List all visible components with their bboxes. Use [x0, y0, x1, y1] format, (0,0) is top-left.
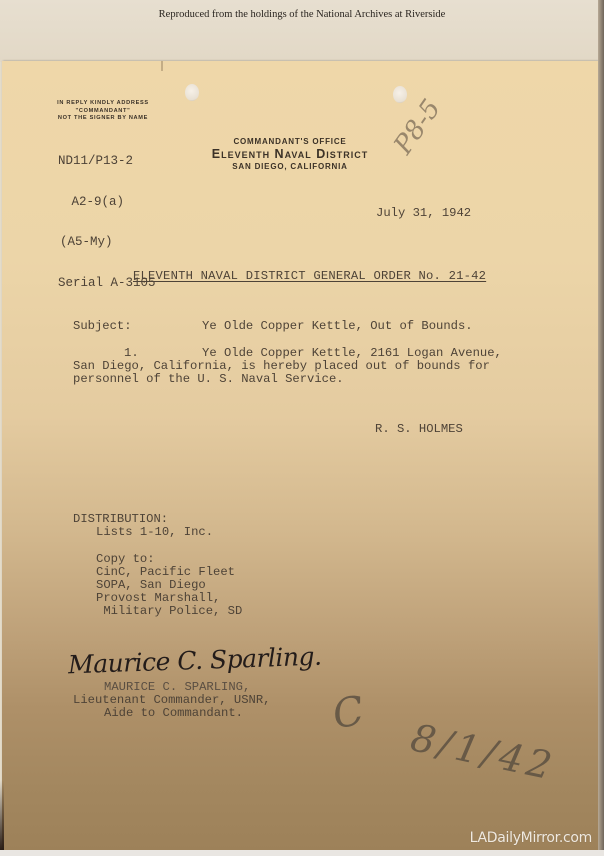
authenticator-name: MAURICE C. SPARLING, — [104, 680, 250, 694]
letterhead-city: SAN DIEGO, CALIFORNIA — [205, 161, 375, 172]
reply-line: NOT THE SIGNER BY NAME — [48, 115, 158, 123]
letterhead-district: Eleventh Naval District — [205, 147, 375, 161]
paragraph-number: 1. — [124, 346, 139, 360]
reference-line: ND11/P13-2 — [58, 155, 156, 169]
authenticator-rank: Lieutenant Commander, USNR, — [73, 693, 270, 707]
copy-to-label: Copy to: — [96, 552, 155, 566]
order-title: ELEVENTH NAVAL DISTRICT GENERAL ORDER No… — [133, 269, 486, 283]
body-line: Ye Olde Copper Kettle, 2161 Logan Avenue… — [202, 346, 502, 360]
copy-recipient: CinC, Pacific Fleet — [96, 565, 235, 579]
subject-text: Ye Olde Copper Kettle, Out of Bounds. — [202, 319, 473, 333]
page-shadow — [0, 780, 4, 850]
distribution-lists: Lists 1-10, Inc. — [96, 525, 213, 539]
body-line: San Diego, California, is hereby placed … — [73, 359, 490, 373]
archive-attribution: Reproduced from the holdings of the Nati… — [0, 9, 604, 20]
letterhead: COMMANDANT'S OFFICE Eleventh Naval Distr… — [205, 136, 375, 172]
document-date: July 31, 1942 — [376, 206, 471, 220]
paper-tear — [161, 61, 163, 71]
distribution-label: DISTRIBUTION: — [73, 512, 168, 526]
reference-line: A2-9(a) — [58, 196, 156, 210]
page-border — [0, 850, 604, 856]
reply-instruction: IN REPLY KINDLY ADDRESS "COMMANDANT" NOT… — [48, 100, 158, 123]
reply-line: IN REPLY KINDLY ADDRESS — [48, 100, 158, 108]
reference-line: (A5-My) — [58, 236, 156, 250]
signer-name: R. S. HOLMES — [375, 422, 463, 436]
copy-recipient: SOPA, San Diego — [96, 578, 206, 592]
letterhead-office: COMMANDANT'S OFFICE — [205, 136, 375, 147]
site-watermark: LADailyMirror.com — [470, 830, 592, 846]
punch-hole-right — [393, 86, 407, 103]
copy-recipient: Provost Marshall, — [96, 591, 220, 605]
punch-hole-left — [185, 84, 199, 101]
reply-line: "COMMANDANT" — [48, 108, 158, 116]
body-line: personnel of the U. S. Naval Service. — [73, 372, 344, 386]
authenticator-role: Aide to Commandant. — [104, 706, 243, 720]
copy-recipient: Military Police, SD — [96, 604, 242, 618]
page-edge — [598, 0, 604, 856]
subject-label: Subject: — [73, 319, 132, 333]
